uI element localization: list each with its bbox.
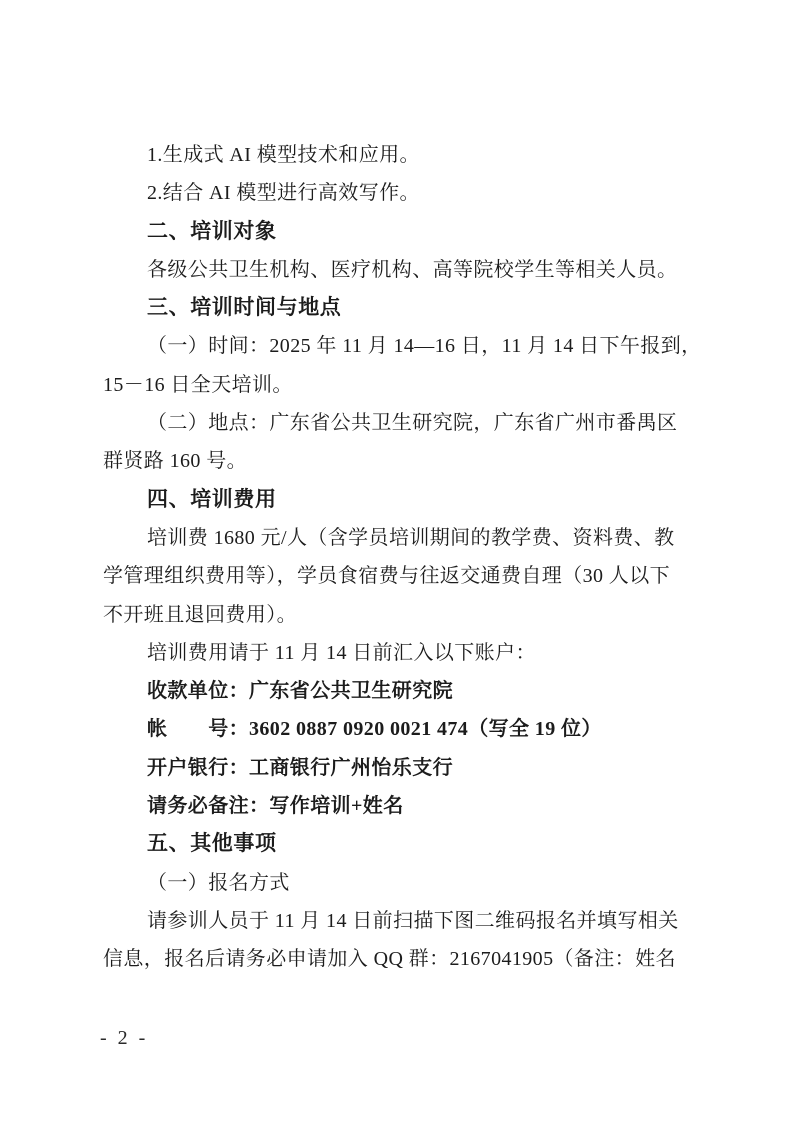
document-page: 1.生成式 AI 模型技术和应用。 2.结合 AI 模型进行高效写作。 二、培训… [0,0,800,1131]
training-time-line-1: （一）时间：2025 年 11 月 14—16 日，11 月 14 日下午报到， [103,327,700,365]
account-number: 帐 号：3602 0887 0920 0021 474（写全 19 位） [103,710,700,748]
payee-name: 收款单位：广东省公共卫生研究院 [103,672,700,710]
training-time-line-2: 15－16 日全天培训。 [103,366,700,404]
training-target-text: 各级公共卫生机构、医疗机构、高等院校学生等相关人员。 [103,251,700,289]
training-place-line-2: 群贤路 160 号。 [103,442,700,480]
training-fee-line-1: 培训费 1680 元/人（含学员培训期间的教学费、资料费、教 [103,519,700,557]
bank-name: 开户银行：工商银行广州怡乐支行 [103,749,700,787]
registration-method-subheading: （一）报名方式 [103,864,700,902]
registration-line-1: 请参训人员于 11 月 14 日前扫描下图二维码报名并填写相关 [103,902,700,940]
heading-other-items: 五、其他事项 [103,825,700,863]
page-number: - 2 - [100,1025,148,1051]
heading-training-target: 二、培训对象 [103,213,700,251]
list-item-2: 2.结合 AI 模型进行高效写作。 [103,174,700,212]
remark-note: 请务必备注：写作培训+姓名 [103,787,700,825]
training-place-line-1: （二）地点：广东省公共卫生研究院，广东省广州市番禺区 [103,404,700,442]
document-body: 1.生成式 AI 模型技术和应用。 2.结合 AI 模型进行高效写作。 二、培训… [103,136,700,979]
list-item-1: 1.生成式 AI 模型技术和应用。 [103,136,700,174]
registration-line-2: 信息，报名后请务必申请加入 QQ 群：2167041905（备注：姓名 [103,940,700,978]
heading-training-fee: 四、培训费用 [103,481,700,519]
training-fee-line-2: 学管理组织费用等），学员食宿费与往返交通费自理（30 人以下 [103,557,700,595]
training-fee-line-3: 不开班且退回费用）。 [103,596,700,634]
payment-instruction: 培训费用请于 11 月 14 日前汇入以下账户： [103,634,700,672]
heading-training-time-place: 三、培训时间与地点 [103,289,700,327]
